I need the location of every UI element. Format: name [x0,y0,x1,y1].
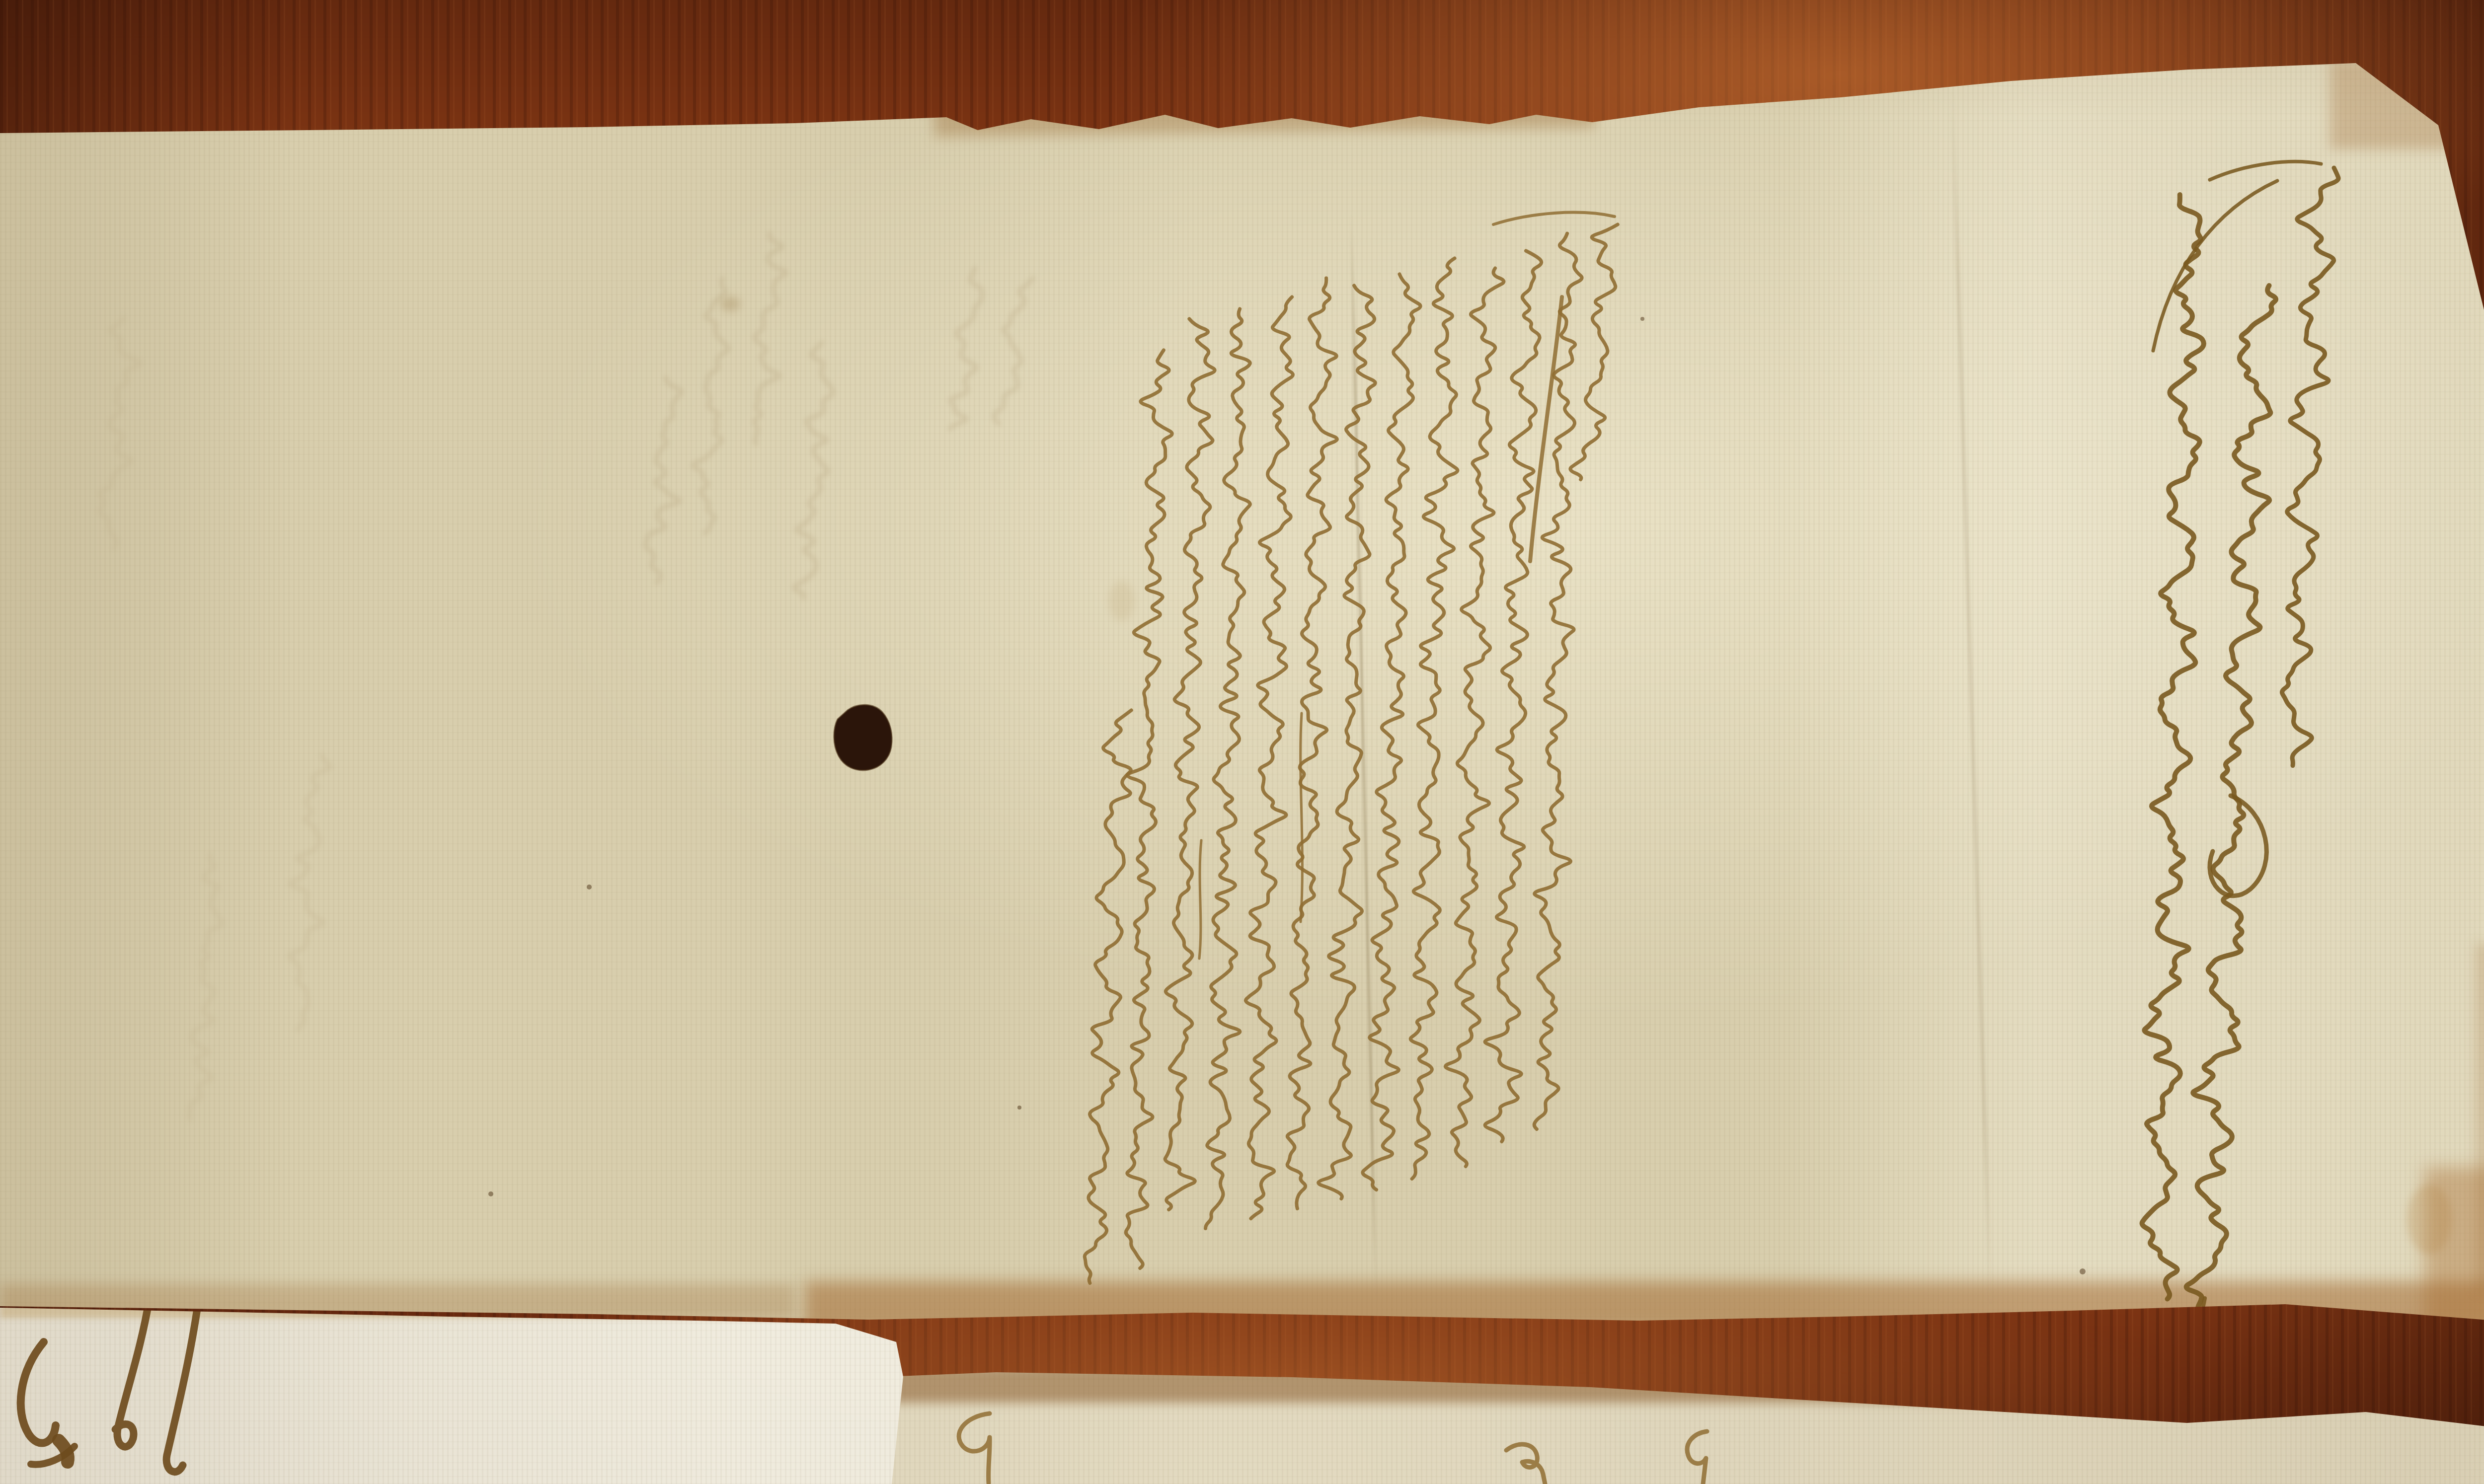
paper-texture [0,0,2484,1484]
manuscript-sheet [0,0,2484,1484]
photo-scene [0,0,2484,1484]
